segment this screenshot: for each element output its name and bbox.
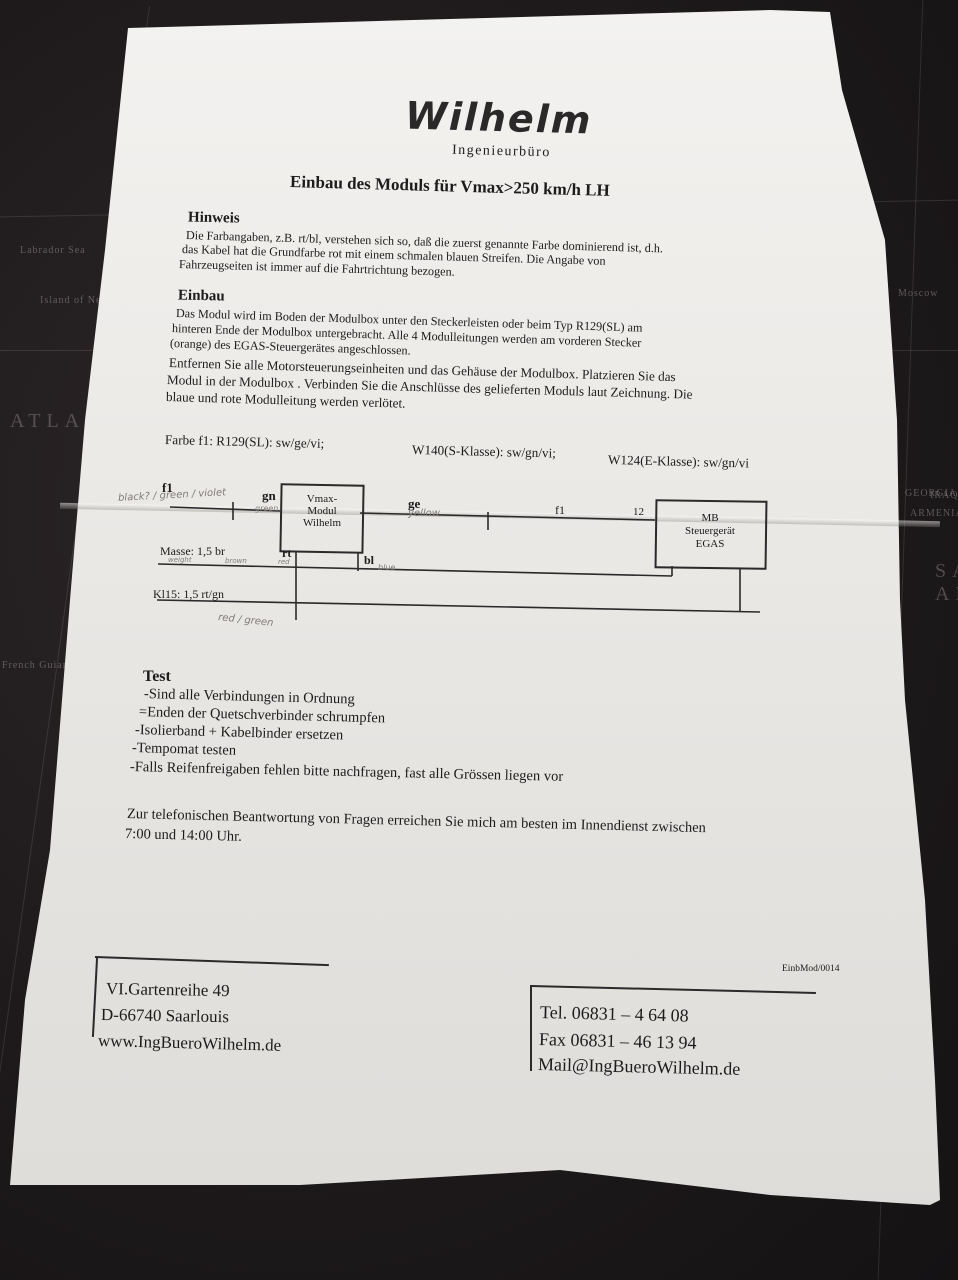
wire-label-kl15: Kl15: 1,5 rt/gn (153, 587, 224, 602)
wire-label-gn: gn (262, 488, 276, 504)
document-code: EinbMod/0014 (782, 964, 840, 974)
wire-label-bl: bl (364, 553, 374, 568)
wire-label-f1-right: f1 (555, 503, 565, 518)
handwritten-note-masse-1: weight (168, 556, 192, 564)
ecu-label-line: Steuergerät (660, 525, 760, 538)
vmax-module-label: Vmax- Modul Wilhelm (290, 493, 354, 529)
fax-number: Fax 06831 – 46 13 94 (539, 1027, 697, 1056)
address-line: D-66740 Saarlouis (101, 1002, 229, 1029)
module-label-line: Wilhelm (290, 517, 354, 529)
ecu-label-line: EGAS (660, 538, 760, 551)
handwritten-note-rt: red (278, 558, 290, 566)
handwritten-note-gn: green (255, 504, 278, 513)
wire-label-pin: 12 (633, 506, 644, 518)
module-label-line: Vmax- (290, 493, 354, 505)
address-line: VI.Gartenreihe 49 (106, 976, 230, 1003)
module-label-line: Modul (290, 505, 354, 517)
document: Wilhelm Ingenieurbüro Einbau des Moduls … (0, 0, 958, 1280)
website-link[interactable]: www.IngBueroWilhelm.de (98, 1028, 282, 1058)
ecu-label-line: MB (660, 512, 760, 525)
handwritten-note-masse-2: brown (225, 557, 247, 565)
handwritten-note-bl: blue (378, 563, 395, 572)
test-heading: Test (143, 668, 171, 686)
ecu-label: MB Steuergerät EGAS (660, 512, 760, 551)
email-link[interactable]: Mail@IngBueroWilhelm.de (538, 1052, 741, 1082)
test-item: -Tempomat testen (132, 740, 236, 760)
contact-frame-left (530, 985, 532, 1071)
wiring-lines (0, 0, 958, 1280)
contact-note-line: 7:00 und 14:00 Uhr. (125, 826, 242, 846)
handwritten-note-ge: yellow (408, 508, 440, 519)
phone-number: Tel. 06831 – 4 64 08 (540, 1000, 689, 1029)
